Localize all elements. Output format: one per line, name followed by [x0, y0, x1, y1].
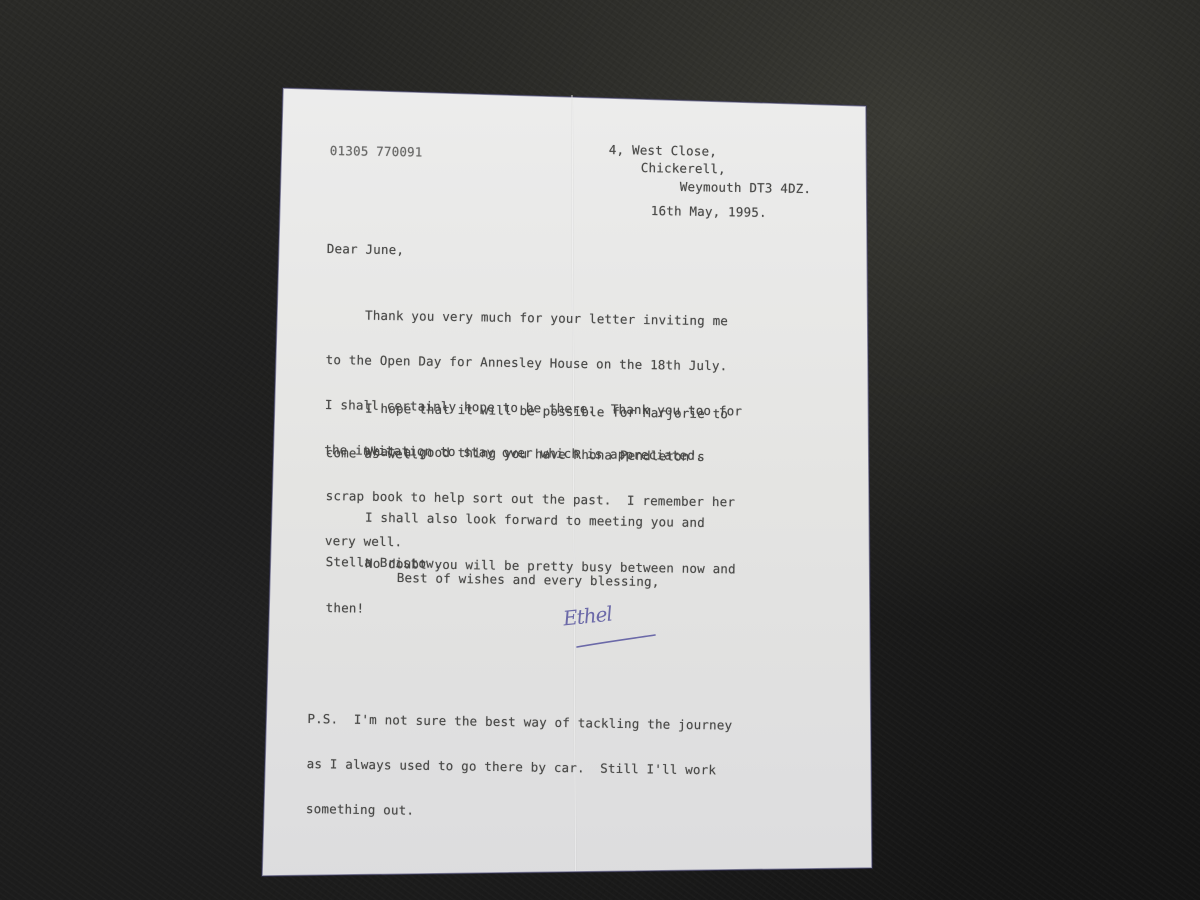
postscript-line: something out.	[306, 801, 731, 823]
handwritten-signature: Ethel	[555, 600, 665, 650]
postscript-line: as I always used to go there by car. Sti…	[307, 756, 732, 778]
paragraph-line: then!	[326, 600, 736, 621]
postscript: P.S. I'm not sure the best way of tackli…	[306, 681, 733, 838]
paragraph-line: Thank you very much for your letter invi…	[326, 307, 743, 329]
postscript-line: P.S. I'm not sure the best way of tackli…	[307, 711, 732, 733]
salutation: Dear June,	[327, 241, 404, 257]
paragraph-line: What a good thing you have Rhona Pendlet…	[326, 443, 736, 464]
address-line-1: 4, West Close,	[609, 142, 717, 159]
phone-number: 01305 770091	[330, 143, 423, 159]
signature-underline	[555, 600, 665, 650]
address-line-2: Chickerell,	[641, 160, 726, 176]
address-line-3: Weymouth DT3 4DZ.	[680, 179, 812, 196]
letter-date: 16th May, 1995.	[651, 203, 767, 220]
